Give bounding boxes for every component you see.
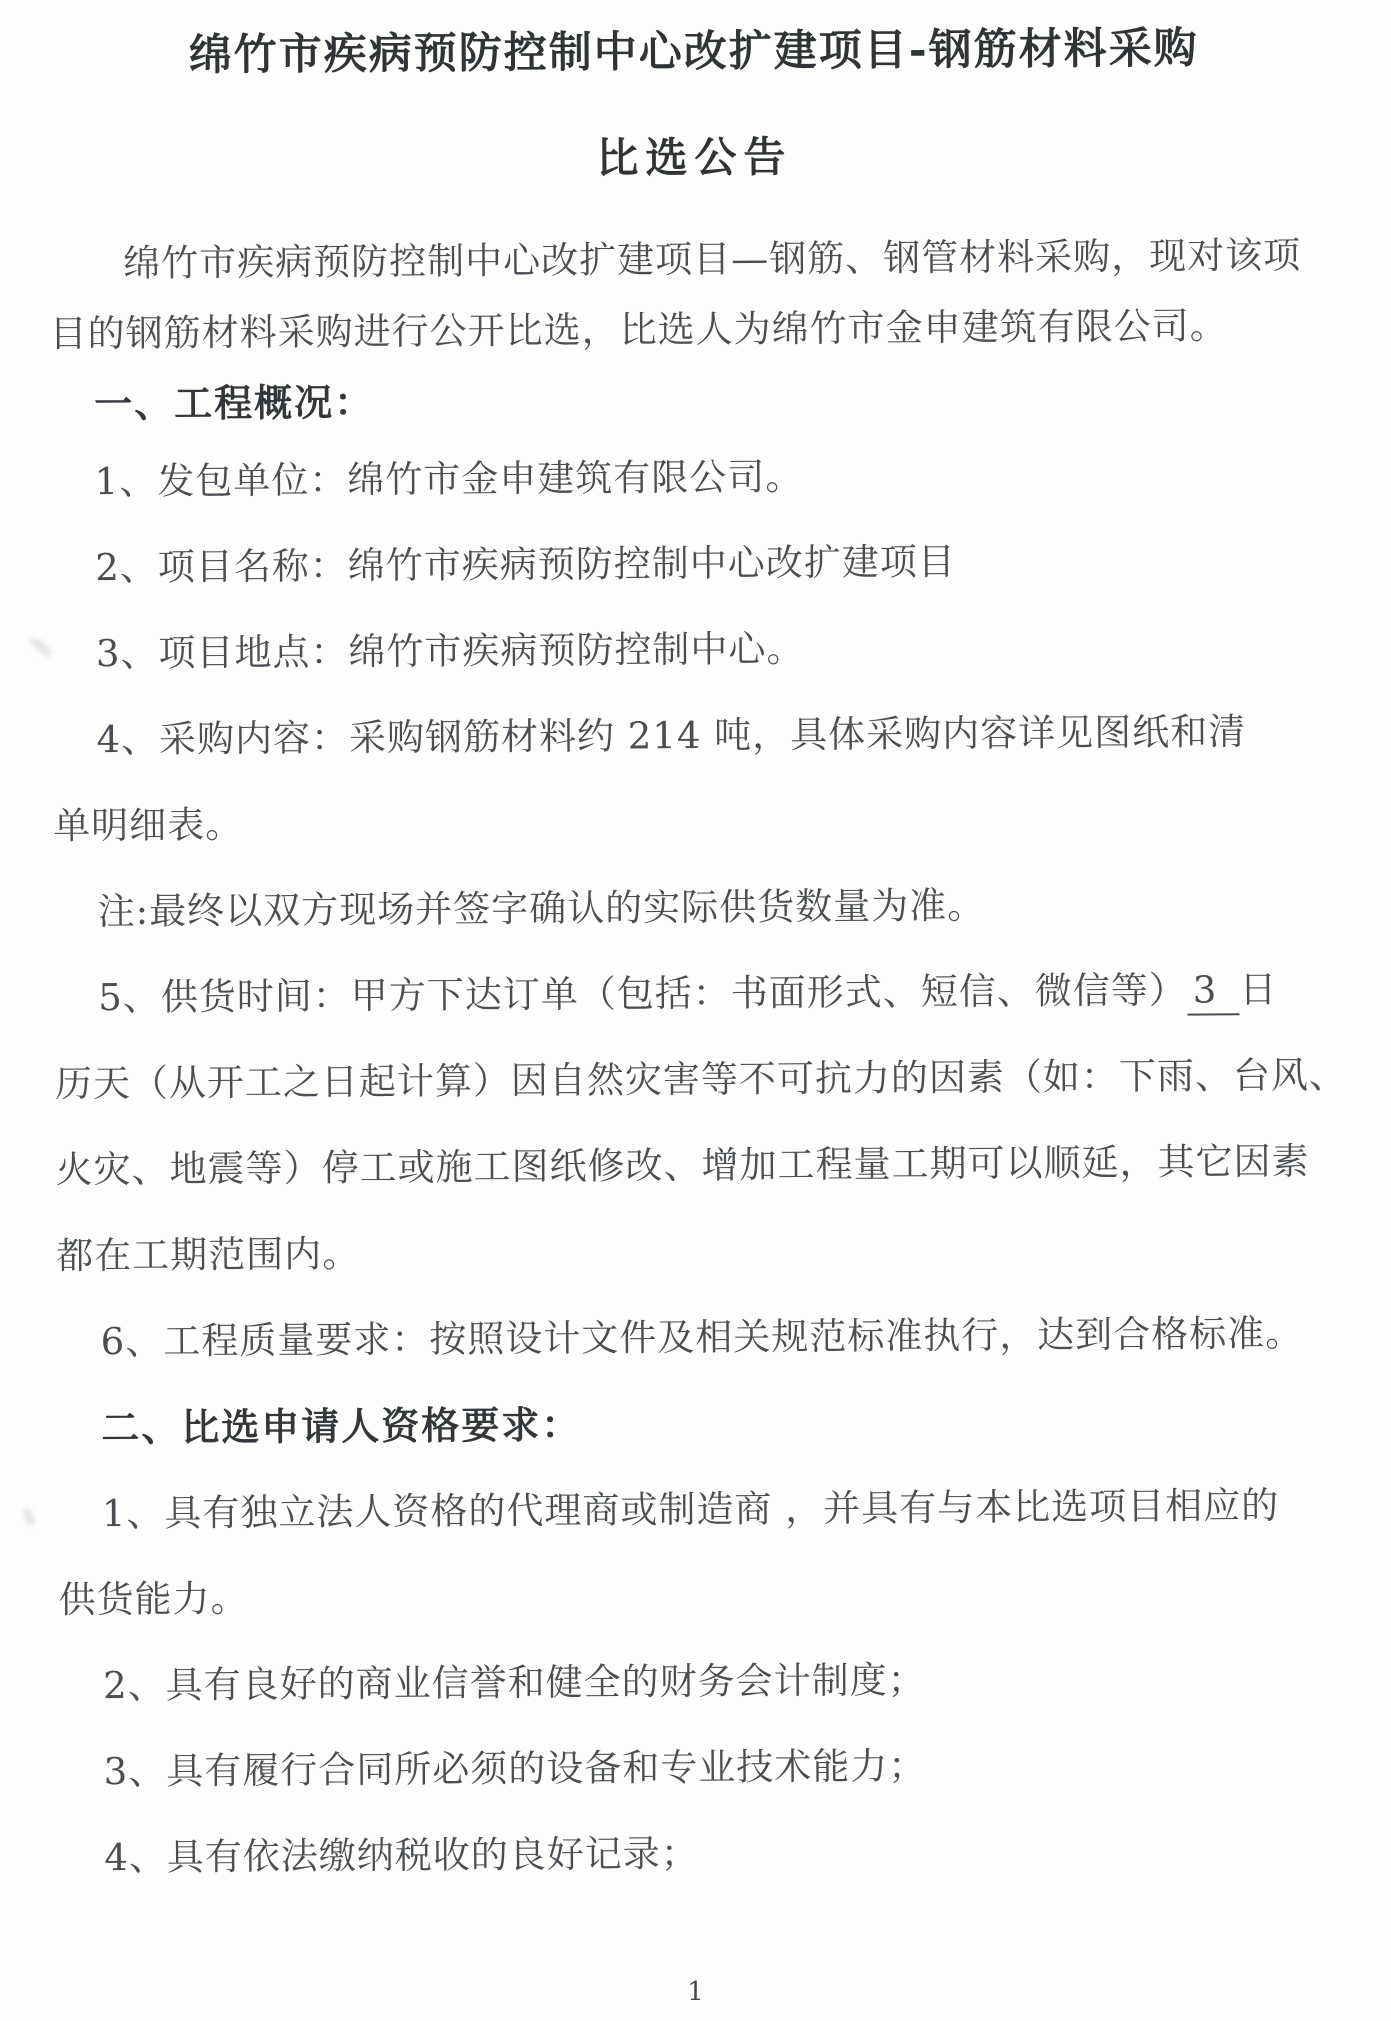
item5-days-underlined: 3: [1187, 968, 1240, 1015]
scanned-sheet: 绵竹市疾病预防控制中心改扩建项目-钢筋材料采购 比选公告 绵竹市疾病预防控制中心…: [0, 0, 1391, 2021]
section2-item-2: 2、具有良好的商业信誉和健全的财务会计制度；: [59, 1634, 1352, 1729]
intro-line-1: 绵竹市疾病预防控制中心改扩建项目—钢筋、钢管材料采购，现对该项: [49, 220, 1341, 299]
section2-item-1-line-1: 1、具有独立法人资格的代理商或制造商 ，并具有与本比选项目相应的: [58, 1462, 1351, 1557]
section2-heading: 二、比选申请人资格要求：: [57, 1376, 1350, 1471]
section1-item-3: 3、项目地点：绵竹市疾病预防控制中心。: [52, 602, 1345, 697]
section1-item-4-line-1: 4、采购内容：采购钢筋材料约 214 吨，具体采购内容详见图纸和清: [52, 688, 1345, 783]
section2-item-4: 4、具有依法缴纳税收的良好记录；: [60, 1806, 1353, 1901]
section1-item-5-line-2: 历天（从开工之日起计算）因自然灾害等不可抗力的因素（如：下雨、台风、: [55, 1032, 1348, 1127]
section2-item-3: 3、具有履行合同所必须的设备和专业技术能力；: [59, 1720, 1352, 1815]
section2-item-1-line-2: 供货能力。: [58, 1548, 1351, 1643]
intro-line-2: 目的钢筋材料采购进行公开比选，比选人为绵竹市金申建筑有限公司。: [49, 290, 1341, 369]
item5-text-post: 日: [1239, 968, 1277, 1011]
section1-heading: 一、工程概况：: [50, 360, 1342, 439]
section1-item-5-line-3: 火灾、地震等）停工或施工图纸修改、增加工程量工期可以顺延，其它因素: [55, 1118, 1348, 1213]
document-subtitle: 比选公告: [48, 117, 1340, 198]
section1-note: 注:最终以双方现场并签字确认的实际供货数量为准。: [53, 860, 1346, 955]
section1-item-5-line-1: 5、供货时间：甲方下达订单（包括：书面形式、短信、微信等）3日: [54, 946, 1347, 1041]
section1-item-1: 1、发包单位：绵竹市金申建筑有限公司。: [50, 430, 1343, 525]
document-page: 绵竹市疾病预防控制中心改扩建项目-钢筋材料采购 比选公告 绵竹市疾病预防控制中心…: [0, 0, 1391, 2021]
section1-item-6: 6、工程质量要求：按照设计文件及相关规范标准执行，达到合格标准。: [56, 1290, 1349, 1385]
page-number: 1: [0, 1977, 1391, 2007]
section1-item-5-line-4: 都在工期范围内。: [56, 1204, 1349, 1299]
section1-item-4-line-2: 单明细表。: [53, 774, 1346, 869]
document-title: 绵竹市疾病预防控制中心改扩建项目-钢筋材料采购: [47, 9, 1339, 94]
item5-text-pre: 5、供货时间：甲方下达订单（包括：书面形式、短信、微信等）: [98, 969, 1187, 1020]
document-body: 绵竹市疾病预防控制中心改扩建项目—钢筋、钢管材料采购，现对该项 目的钢筋材料采购…: [49, 220, 1353, 1901]
section1-item-2: 2、项目名称：绵竹市疾病预防控制中心改扩建项目: [51, 516, 1344, 611]
